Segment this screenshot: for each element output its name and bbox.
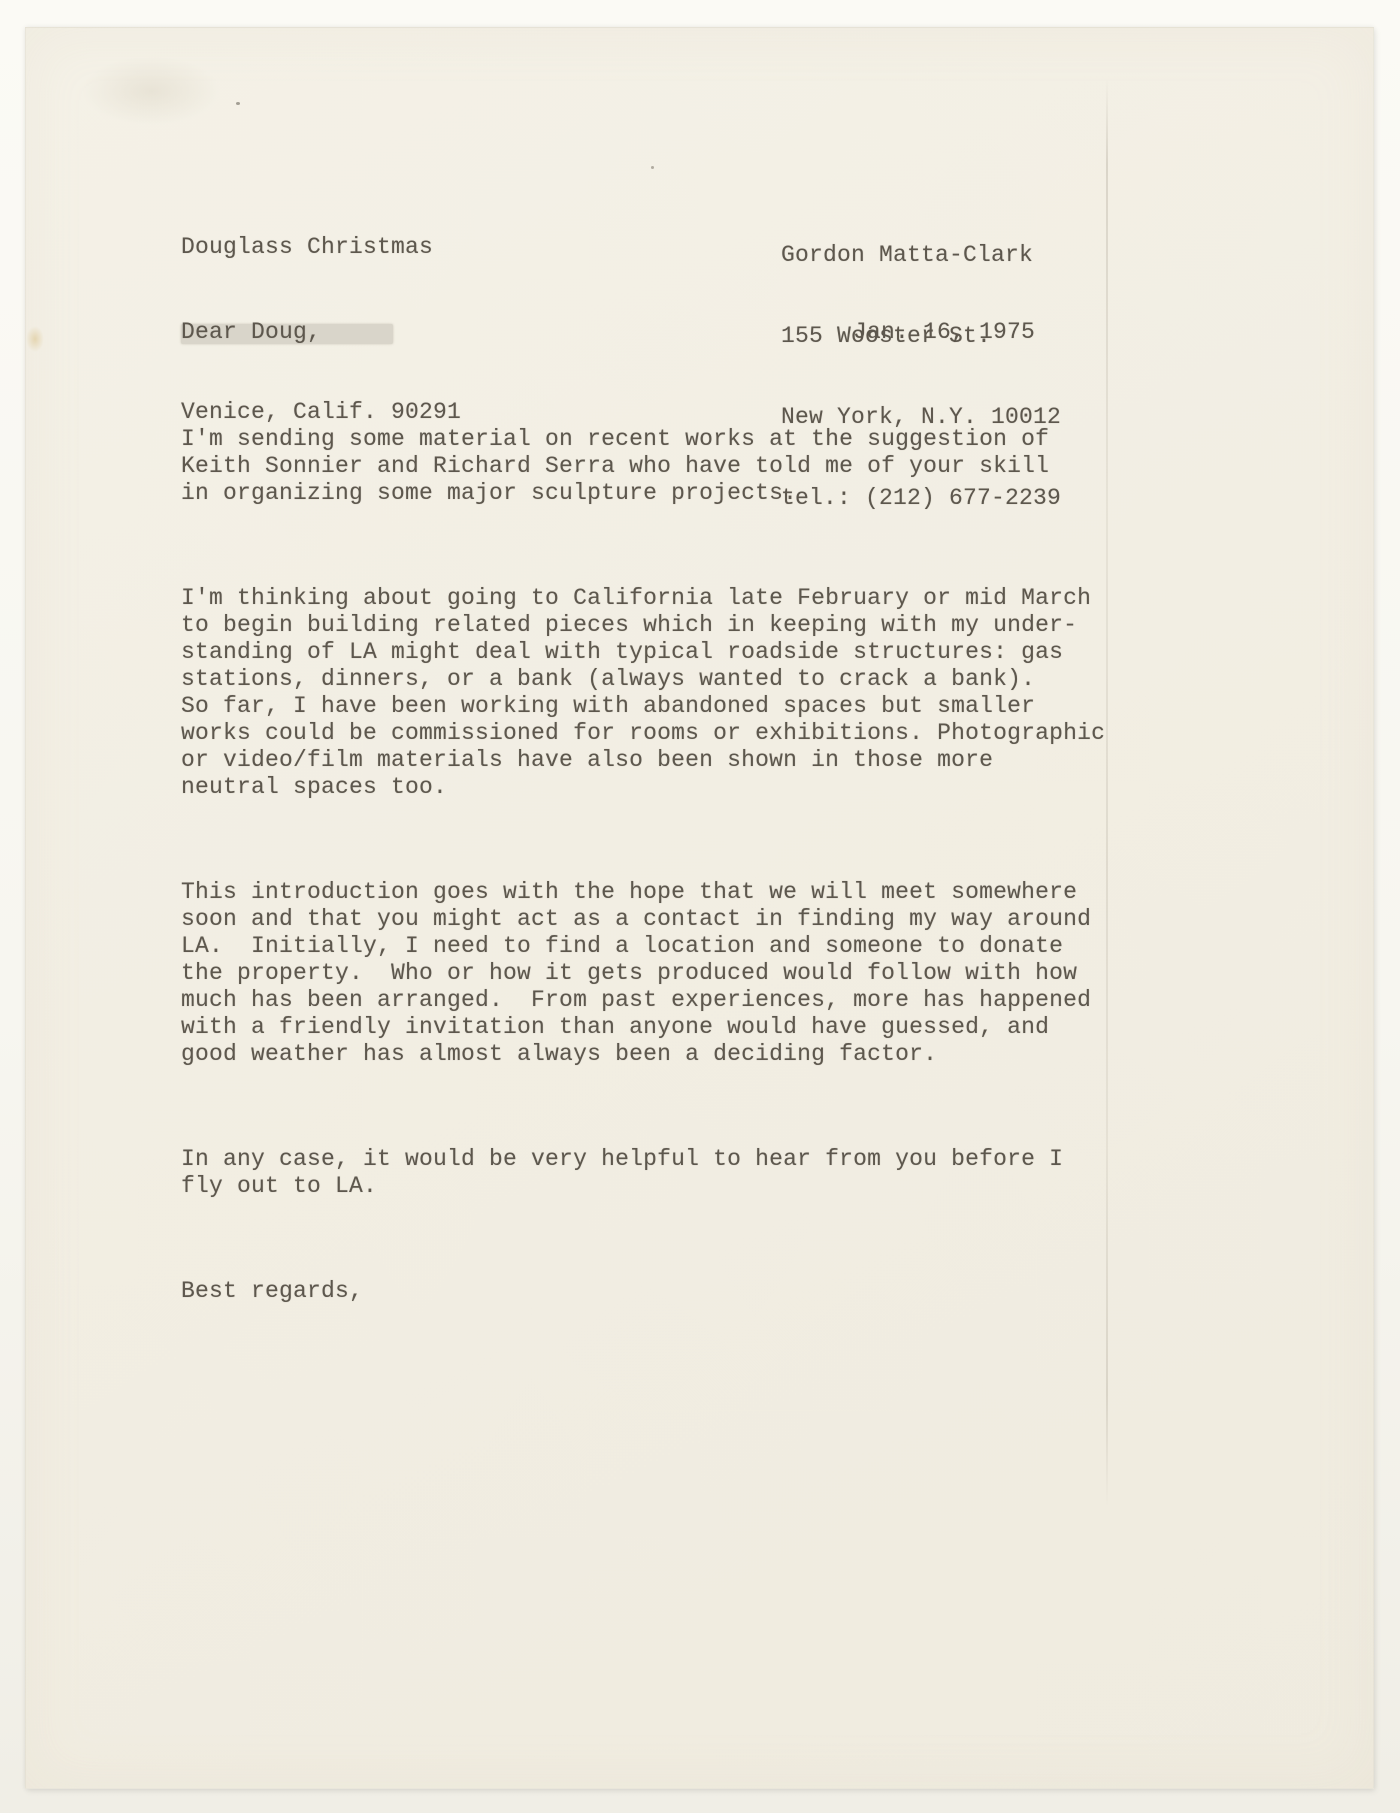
recipient-name: Douglass Christmas (181, 234, 461, 261)
scan-background: { "letter": { "recipient": { "name": "Do… (0, 0, 1400, 1813)
paper-speck (651, 166, 654, 169)
body-paragraph: In any case, it would be very helpful to… (181, 1146, 1171, 1200)
paper-speck (236, 102, 240, 105)
paper-smudge (81, 56, 221, 126)
letter-date: Jan. 16, 1975 (853, 319, 1035, 346)
salutation: Dear Doug, (181, 319, 321, 346)
letter-page: Douglass Christmas Venice, Calif. 90291 … (25, 27, 1374, 1789)
body-paragraph: I'm sending some material on recent work… (181, 426, 1171, 507)
closing: Best regards, (181, 1278, 1171, 1305)
paper-stain (26, 326, 44, 352)
body-paragraph: This introduction goes with the hope tha… (181, 879, 1171, 1068)
letter-body: I'm sending some material on recent work… (181, 372, 1171, 1359)
body-paragraph: I'm thinking about going to California l… (181, 585, 1171, 801)
sender-name: Gordon Matta-Clark (781, 242, 1061, 269)
